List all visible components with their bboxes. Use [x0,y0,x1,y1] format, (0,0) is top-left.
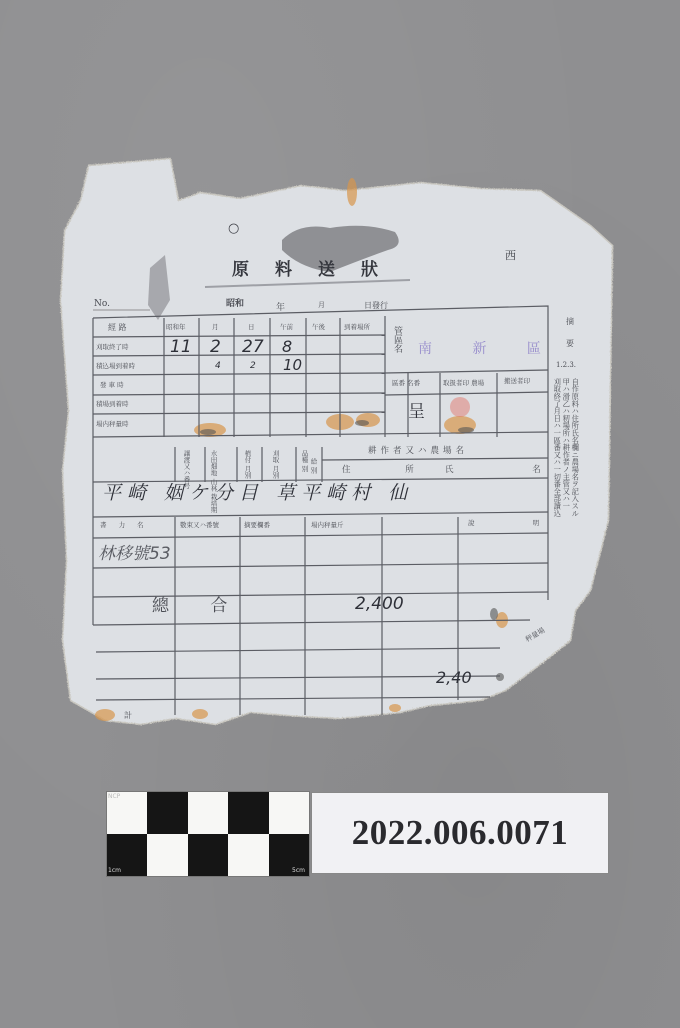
address-label: 住 所 [342,466,440,475]
schedule-row-label: 積場到着時 [96,401,129,408]
color-scale-card [106,791,310,877]
district-stamp: 南 新 區 [418,342,559,356]
farmer-col-label: 植付 月別 [244,450,251,482]
scale-square-white [269,792,309,834]
schedule-header: 到着場所 [344,324,370,331]
schedule-route-header: 經 路 [108,324,127,332]
scale-square-white [147,834,187,876]
issue-label: 日發行 [364,302,388,310]
schedule-header: 昭和年 [166,324,186,331]
schedule-value: 27 [242,339,264,356]
title-char: 送 [318,260,361,280]
farmer-col-label: 給 別 [310,458,317,482]
scale-square-black [188,834,228,876]
detail-header: 摘要欄番 [244,522,270,529]
farmer-header: 耕作者又ハ農場名 [368,447,468,456]
scale-left-label: 1cm [108,867,121,874]
era-label: 昭和 [226,300,244,309]
schedule-row-label: 發 車 時 [100,382,124,389]
accession-label-card: 2022.006.0071 [311,792,609,874]
schedule-header: 日 [248,324,255,331]
scale-corner-label: NCP [108,793,120,800]
year-label: 年 [276,304,285,313]
schedule-header: 月 [212,324,219,331]
district-sub-label: 區番 名番 [392,380,420,387]
remarks-note: 甲ハ滑乙ハ籾場所ハ耕作者ノ主管又ハ一 [563,378,570,509]
footer-total: 2,40 [436,670,472,686]
detail-cell: 林移號53 [98,546,171,563]
detail-cell: 總 合 [152,598,245,615]
schedule-value: 4 [215,362,221,371]
farmer-col-label: 水田畑地 山林 栽培期 [210,450,217,482]
schedule-value: 8 [282,339,292,355]
schedule-row-label: 積込場到着時 [96,363,135,370]
scale-square-black [147,792,187,834]
detail-header: 場内秤量斤 [311,522,344,529]
title-char: 狀 [361,260,404,280]
document-sheet: ○ 西 原料送狀 No. 昭和 年 月 日發行 摘 要 1.2.3. 自作原料ハ… [0,0,680,760]
remarks-label-2: 要 [566,340,574,348]
hole-mark: ○ [228,222,239,235]
schedule-value: 10 [283,358,302,373]
seal-stamp [450,397,470,417]
document-title: 原料送狀 [232,262,404,279]
footer-label: 計 [124,712,132,720]
corner-mark: 西 [505,250,516,261]
schedule-row-label: 刈取終了時 [96,344,129,351]
title-char: 原 [232,260,275,280]
schedule-value: 2 [250,362,256,371]
month-label: 月 [318,302,325,309]
district-sub-label: 搬送者印 [504,378,530,385]
detail-first-header: 書 力 名 [100,522,149,529]
number-label: No. [94,300,110,309]
farmer-col-label: 刈取 月別 [272,450,279,482]
farmer-col-label: 品種 別 [301,450,308,482]
schedule-row-label: 場内秤量時 [96,421,129,428]
detail-cell: 2,400 [355,596,404,613]
detail-header: 說 明 [468,520,567,527]
farmer-col-label: 譲渡又ハ番号 [183,450,190,482]
schedule-header: 午前 [280,324,293,331]
scale-square-white [188,792,228,834]
scale-right-label: 5cm [292,867,305,874]
accession-number: 2022.006.0071 [352,813,569,853]
scale-square-white [228,834,268,876]
schedule-value: 2 [210,339,221,356]
schedule-header: 午後 [312,324,325,331]
remarks-numbers: 1.2.3. [556,362,576,369]
title-char: 料 [275,260,318,280]
detail-header: 數束又ハ番號 [180,522,219,529]
schedule-value: 11 [170,339,192,356]
remarks-note: 刈取終了月日ハ一區番又ハ一切番全部讀込 [554,378,561,517]
remarks-label: 摘 [566,318,574,326]
name-label: 氏 名 [445,466,579,475]
remarks-note: 自作原料ハ住所氏名欄ニ農場名ヲ記入スル [572,378,579,517]
farmer-handwritten-entry: 平崎 姻ケ分目 草平崎村 仙 [102,484,413,503]
district-handwritten-mark: 呈 [408,404,425,421]
district-sub-label: 取扱者印 農場 [443,380,484,387]
scale-square-black [228,792,268,834]
district-label: 管區名 [392,326,401,353]
